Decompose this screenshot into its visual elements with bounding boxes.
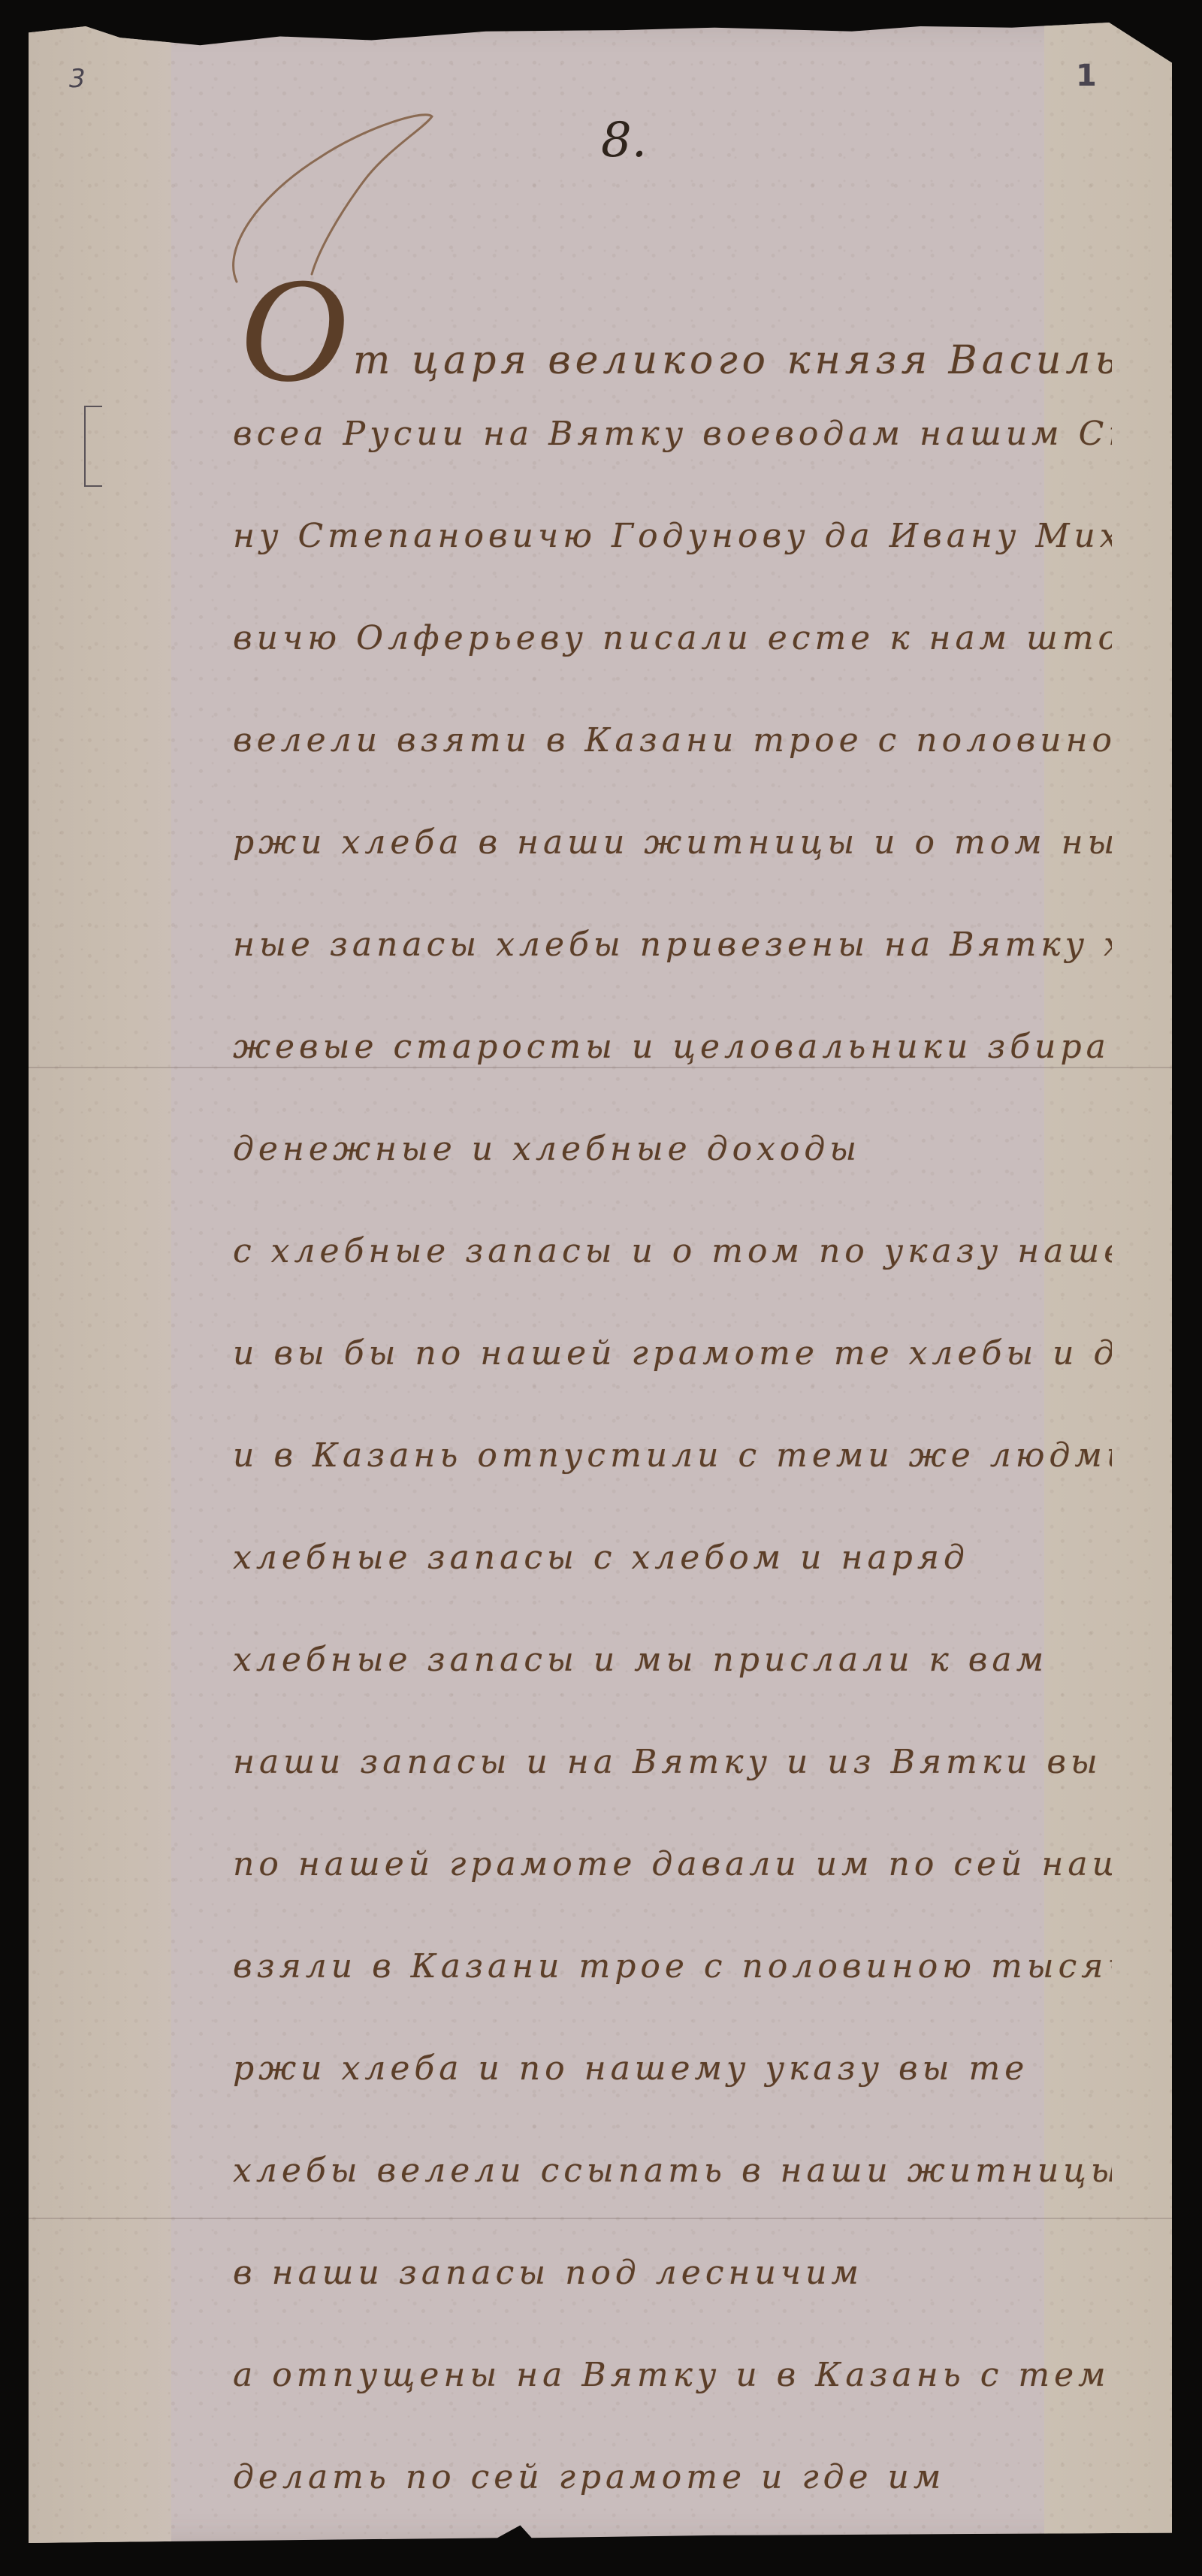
text-line: велели взяти в Казани трое с половиною т… (233, 718, 1112, 763)
manuscript-text: т царя великого князя Василья Ивановича … (0, 0, 1202, 2576)
text-line: т царя великого князя Василья Ивановича (353, 338, 1112, 383)
text-line: хлебы велели ссыпать в наши житницы (233, 2149, 1112, 2194)
text-line: и в Казань отпустили с теми же людми (233, 1433, 1112, 1478)
text-line: жевые старосты и целовальники збирают (233, 1025, 1112, 1070)
text-line: ные запасы хлебы привезены на Вятку хлеб… (233, 923, 1112, 968)
text-line: денежные и хлебные доходы (233, 1127, 1112, 1172)
text-line: ржи хлеба в наши житницы и о том ныне хл… (233, 820, 1112, 865)
text-line: хлебные запасы с хлебом и наряд (233, 1536, 1112, 1581)
text-line: всеа Русии на Вятку воеводам нашим Степа (233, 412, 1112, 457)
text-line: ржи хлеба и по нашему указу вы те (233, 2046, 1112, 2091)
text-line: взяли в Казани трое с половиною тысячи (233, 1944, 1112, 1989)
text-line: в наши запасы под лесничим (233, 2251, 1112, 2296)
text-line: с хлебные запасы и о том по указу нашему (233, 1229, 1112, 1274)
text-line: вичю Олферьеву писали есте к нам што по … (233, 616, 1112, 661)
text-line: ну Степановичю Годунову да Ивану Михайло (233, 514, 1112, 559)
text-line: хлебные запасы и мы прислали к вам (233, 1638, 1112, 1683)
text-line: делать по сей грамоте и где им (233, 2455, 1112, 2500)
text-line: и вы бы по нашей грамоте те хлебы и день… (233, 1331, 1112, 1376)
text-line: а отпущены на Вятку и в Казань с тем (233, 2353, 1112, 2398)
text-line: наши запасы и на Вятку и из Вятки вы (233, 1740, 1112, 1785)
text-line: по нашей грамоте давали им по сей нашей … (233, 1842, 1112, 1887)
